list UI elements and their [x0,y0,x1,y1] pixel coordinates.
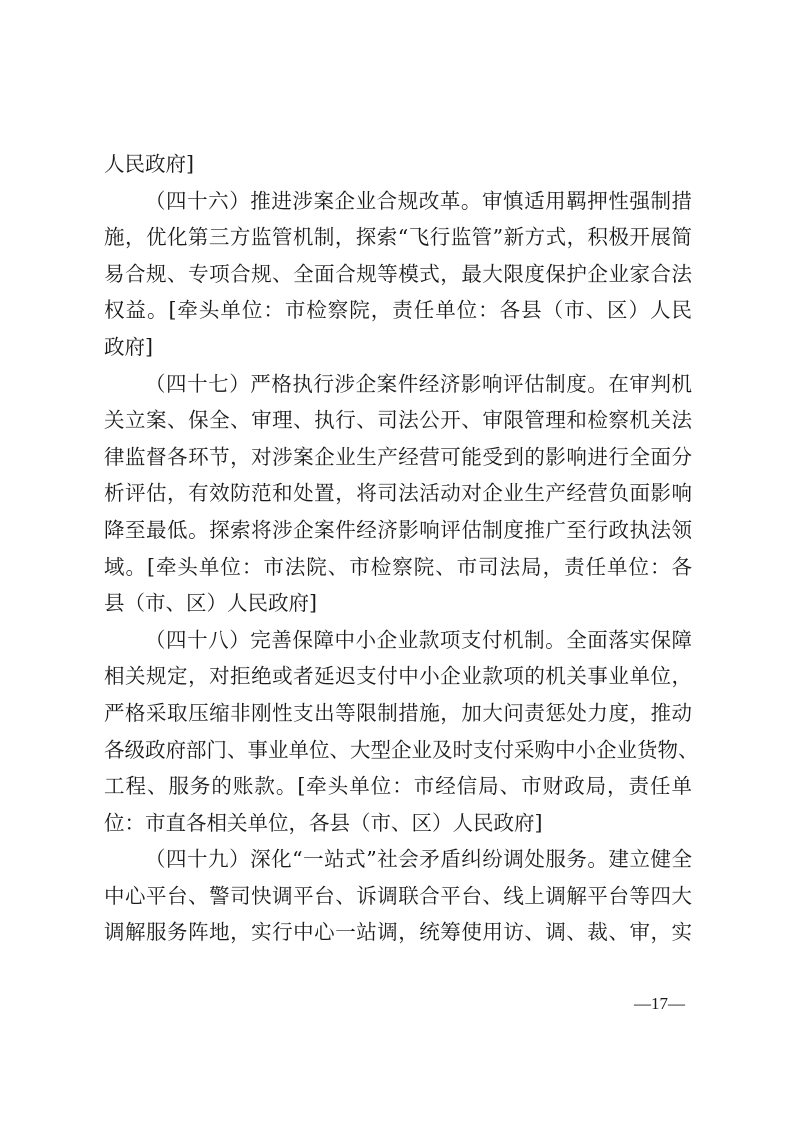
text-line: 关立案、保全、审理、执行、司法公开、审限管理和检察机关法 [104,402,692,439]
document-body: 人民政府] （四十六）推进涉案企业合规改革。审慎适用羁押性强制措 施，优化第三方… [104,146,692,951]
section-heading-46: （四十六）推进涉案企业合规改革。审慎适用羁押性强制措 [104,183,692,220]
text-line: 工程、服务的账款。[牵头单位：市经信局、市财政局，责任单 [104,768,692,805]
page-number: —17— [634,994,685,1014]
text-line: 权益。[牵头单位：市检察院，责任单位：各县（市、区）人民 [104,292,692,329]
text-line: 县（市、区）人民政府] [104,585,692,622]
text-line: 中心平台、警司快调平台、诉调联合平台、线上调解平台等四大 [104,878,692,915]
section-heading-48: （四十八）完善保障中小企业款项支付机制。全面落实保障 [104,622,692,659]
text-line: 政府] [104,329,692,366]
text-line: 域。[牵头单位：市法院、市检察院、市司法局，责任单位：各 [104,549,692,586]
text-line: 析评估，有效防范和处置，将司法活动对企业生产经营负面影响 [104,475,692,512]
section-heading-49: （四十九）深化“一站式”社会矛盾纠纷调处服务。建立健全 [104,841,692,878]
section-heading-47: （四十七）严格执行涉企案件经济影响评估制度。在审判机 [104,366,692,403]
text-line: 严格采取压缩非刚性支出等限制措施，加大问责惩处力度，推动 [104,695,692,732]
text-line: 人民政府] [104,146,692,183]
text-line: 易合规、专项合规、全面合规等模式，最大限度保护企业家合法 [104,256,692,293]
text-line: 相关规定，对拒绝或者延迟支付中小企业款项的机关事业单位， [104,658,692,695]
text-line: 各级政府部门、事业单位、大型企业及时支付采购中小企业货物、 [104,732,692,769]
text-line: 降至最低。探索将涉企案件经济影响评估制度推广至行政执法领 [104,512,692,549]
text-line: 调解服务阵地，实行中心一站调，统筹使用访、调、裁、审，实 [104,914,692,951]
text-line: 律监督各环节，对涉案企业生产经营可能受到的影响进行全面分 [104,439,692,476]
text-line: 施，优化第三方监管机制，探索“飞行监管”新方式，积极开展简 [104,219,692,256]
text-line: 位：市直各相关单位，各县（市、区）人民政府] [104,805,692,842]
